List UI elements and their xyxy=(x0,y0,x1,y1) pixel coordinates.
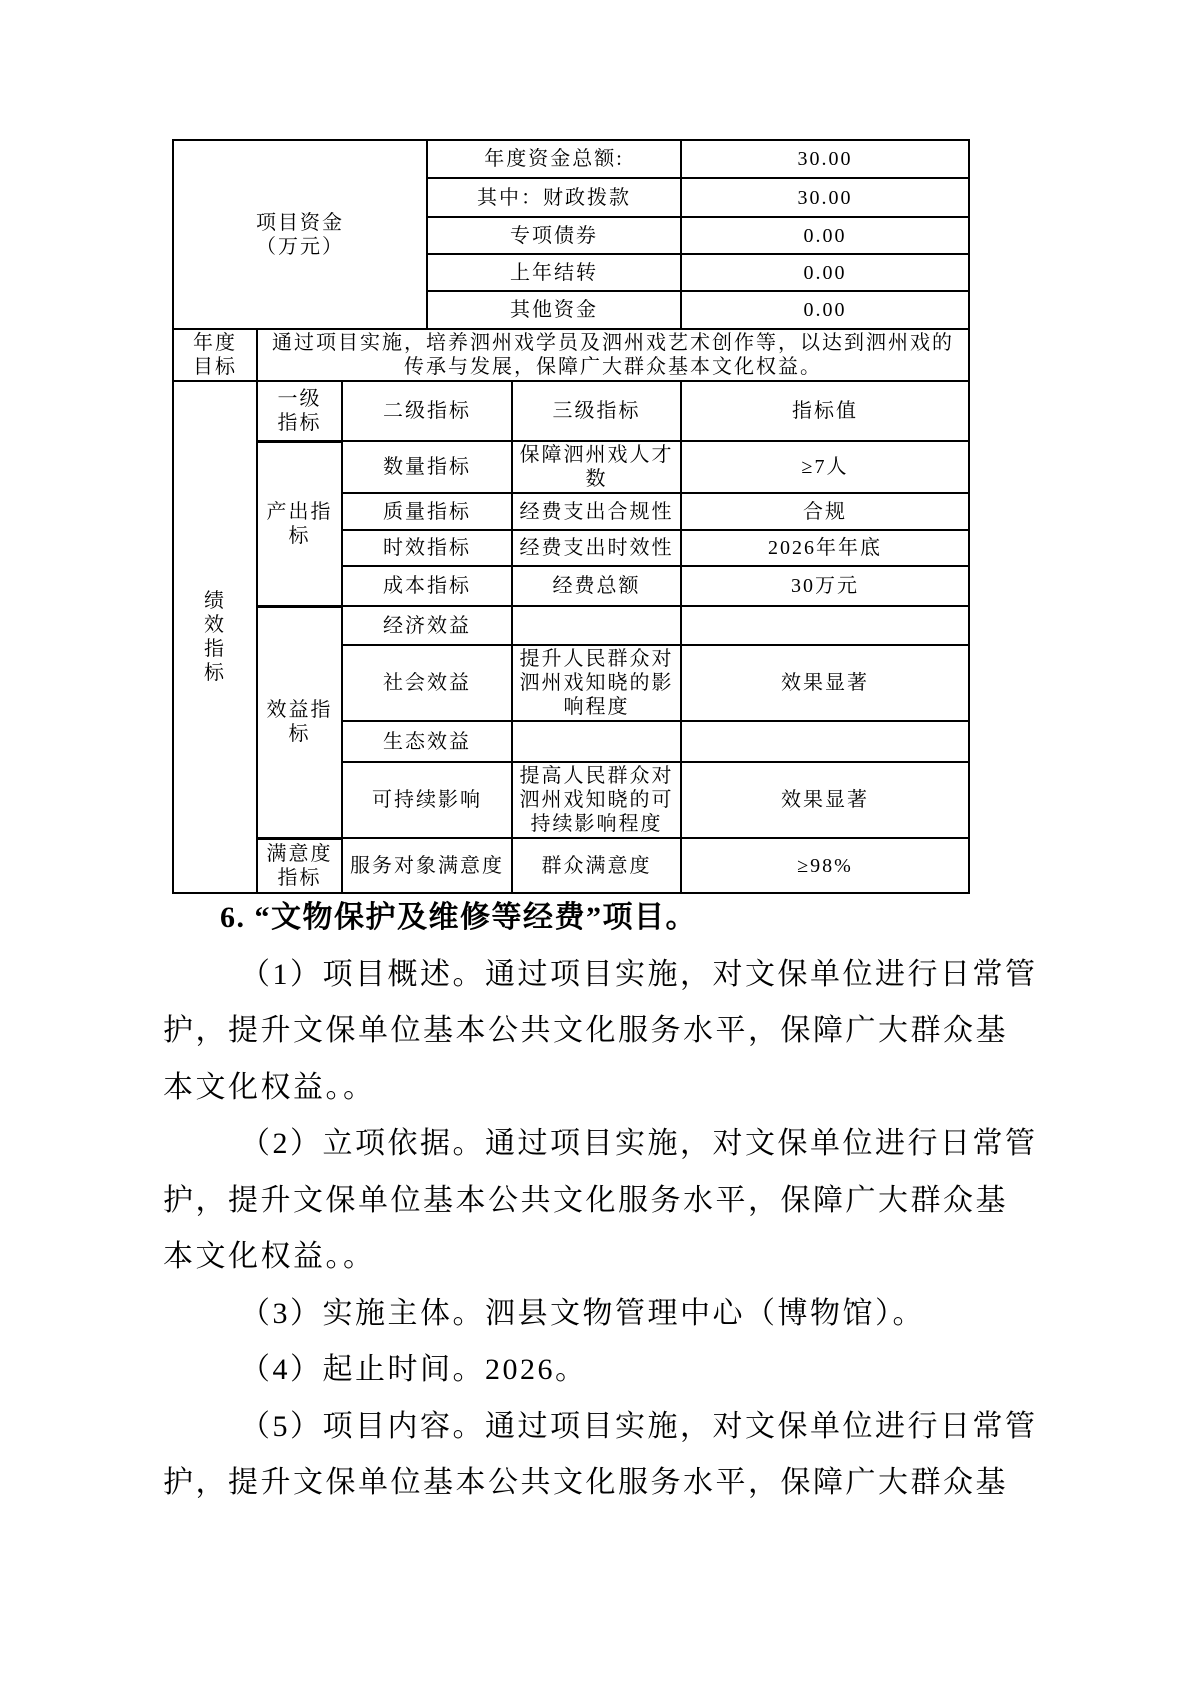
paragraph-line: 护，提升文保单位基本公共文化服务水平，保障广大群众基 xyxy=(163,1003,1063,1060)
level3-cell: 保障泗州戏人才数 xyxy=(512,441,681,493)
funding-row-value-cell: 30.00 xyxy=(681,140,969,178)
document-page: 项目资金 （万元） 年度资金总额: 30.00 其中：财政拨款 30.00 专项… xyxy=(0,0,1190,1684)
funding-row-value-cell: 0.00 xyxy=(681,291,969,329)
level3-header-cell: 三级指标 xyxy=(512,381,681,441)
value-cell xyxy=(681,606,969,645)
paragraph-line: （5）项目内容。通过项目实施，对文保单位进行日常管 xyxy=(163,1399,1063,1456)
value-cell: 效果显著 xyxy=(681,762,969,838)
group-label-cell: 效益指 标 xyxy=(257,606,342,838)
level2-cell: 数量指标 xyxy=(342,441,512,493)
funding-row-label-cell: 专项债券 xyxy=(427,217,681,254)
funding-section-label-cell: 项目资金 （万元） xyxy=(173,140,427,329)
level3-cell: 群众满意度 xyxy=(512,838,681,893)
body-text: 6. “文物保护及维修等经费”项目。 （1）项目概述。通过项目实施，对文保单位进… xyxy=(163,890,1063,1512)
level3-cell: 经费支出时效性 xyxy=(512,530,681,566)
level2-cell: 社会效益 xyxy=(342,645,512,721)
group-label-cell: 产出指 标 xyxy=(257,441,342,606)
group-label-cell: 满意度 指标 xyxy=(257,838,342,893)
paragraph-line: （4）起止时间。2026。 xyxy=(163,1342,1063,1399)
level3-cell xyxy=(512,721,681,762)
level3-cell: 提升人民群众对泗州戏知晓的影响程度 xyxy=(512,645,681,721)
level2-cell: 质量指标 xyxy=(342,493,512,530)
level3-cell xyxy=(512,606,681,645)
funding-row-value-cell: 0.00 xyxy=(681,217,969,254)
value-cell: ≥7人 xyxy=(681,441,969,493)
paragraph-line: 本文化权益。。 xyxy=(163,1229,1063,1286)
level3-cell: 提高人民群众对泗州戏知晓的可持续影响程度 xyxy=(512,762,681,838)
table-row: 年度 目标 通过项目实施，培养泗州戏学员及泗州戏艺术创作等，以达到泗州戏的传承与… xyxy=(173,329,969,381)
funding-row-label-cell: 其中：财政拨款 xyxy=(427,178,681,217)
paragraph-line: （1）项目概述。通过项目实施，对文保单位进行日常管 xyxy=(163,947,1063,1004)
value-cell: 2026年年底 xyxy=(681,530,969,566)
level2-header-cell: 二级指标 xyxy=(342,381,512,441)
funding-row-value-cell: 30.00 xyxy=(681,178,969,217)
level1-header-cell: 一级 指标 xyxy=(257,381,342,441)
performance-section-label-cell: 绩 效 指 标 xyxy=(173,381,257,893)
table-row: 满意度 指标 服务对象满意度 群众满意度 ≥98% xyxy=(173,838,969,893)
level2-cell: 成本指标 xyxy=(342,566,512,606)
value-cell: 30万元 xyxy=(681,566,969,606)
funding-row-value-cell: 0.00 xyxy=(681,254,969,291)
funding-row-label-cell: 年度资金总额: xyxy=(427,140,681,178)
paragraph-line: 本文化权益。。 xyxy=(163,1060,1063,1117)
level2-cell: 时效指标 xyxy=(342,530,512,566)
paragraph-line: 护，提升文保单位基本公共文化服务水平，保障广大群众基 xyxy=(163,1173,1063,1230)
table-row: 效益指 标 经济效益 xyxy=(173,606,969,645)
level3-cell: 经费支出合规性 xyxy=(512,493,681,530)
section-6-heading: 6. “文物保护及维修等经费”项目。 xyxy=(163,890,1063,947)
value-cell: ≥98% xyxy=(681,838,969,893)
value-cell xyxy=(681,721,969,762)
value-header-cell: 指标值 xyxy=(681,381,969,441)
performance-target-table: 项目资金 （万元） 年度资金总额: 30.00 其中：财政拨款 30.00 专项… xyxy=(172,139,970,894)
level2-cell: 生态效益 xyxy=(342,721,512,762)
table-row: 产出指 标 数量指标 保障泗州戏人才数 ≥7人 xyxy=(173,441,969,493)
level3-cell: 经费总额 xyxy=(512,566,681,606)
value-cell: 合规 xyxy=(681,493,969,530)
table-row: 绩 效 指 标 一级 指标 二级指标 三级指标 指标值 xyxy=(173,381,969,441)
value-cell: 效果显著 xyxy=(681,645,969,721)
annual-goal-label-cell: 年度 目标 xyxy=(173,329,257,381)
paragraph-line: （3）实施主体。泗县文物管理中心（博物馆）。 xyxy=(163,1286,1063,1343)
funding-row-label-cell: 其他资金 xyxy=(427,291,681,329)
paragraph-line: 护，提升文保单位基本公共文化服务水平，保障广大群众基 xyxy=(163,1455,1063,1512)
level2-cell: 服务对象满意度 xyxy=(342,838,512,893)
level2-cell: 可持续影响 xyxy=(342,762,512,838)
table-row: 项目资金 （万元） 年度资金总额: 30.00 xyxy=(173,140,969,178)
level2-cell: 经济效益 xyxy=(342,606,512,645)
annual-goal-text-cell: 通过项目实施，培养泗州戏学员及泗州戏艺术创作等，以达到泗州戏的传承与发展，保障广… xyxy=(257,329,969,381)
paragraph-line: （2）立项依据。通过项目实施，对文保单位进行日常管 xyxy=(163,1116,1063,1173)
funding-row-label-cell: 上年结转 xyxy=(427,254,681,291)
